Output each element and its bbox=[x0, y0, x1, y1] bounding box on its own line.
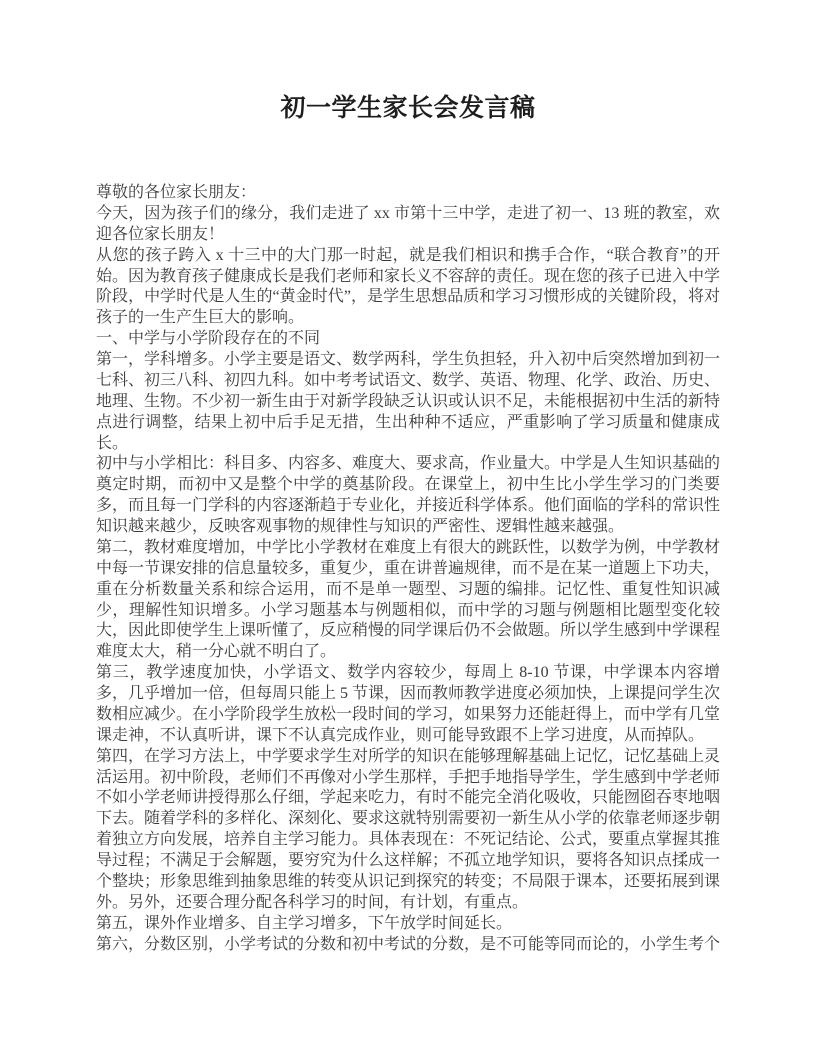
paragraph-welcome: 今天，因为孩子们的缘分，我们走进了 xx 市第十三中学，走进了初一、13 班的教… bbox=[96, 204, 720, 246]
paragraph-fifth-homework: 第五，课外作业增多、自主学习增多，下午放学时间延长。 bbox=[96, 914, 720, 935]
paragraph-middle-vs-primary: 初中与小学相比：科目多、内容多、难度大、要求高，作业量大。中学是人生知识基础的奠… bbox=[96, 454, 720, 538]
paragraph-joint-education: 从您的孩子跨入 x 十三中的大门那一时起，就是我们相识和携手合作，“联合教育”的… bbox=[96, 246, 720, 330]
paragraph-first-more-subjects: 第一，学科增多。小学主要是语文、数学两科，学生负担轻，升入初中后突然增加到初一七… bbox=[96, 350, 720, 454]
paragraph-third-pace: 第三，教学速度加快，小学语文、数学内容较少，每周上 8-10 节课，中学课本内容… bbox=[96, 663, 720, 747]
document-title: 初一学生家长会发言稿 bbox=[96, 94, 720, 124]
paragraph-sixth-scores: 第六，分数区别，小学考试的分数和初中考试的分数，是不可能等同而论的，小学生考个 bbox=[96, 935, 720, 956]
section-heading-differences: 一、中学与小学阶段存在的不同 bbox=[96, 329, 720, 350]
document-body: 尊敬的各位家长朋友： 今天，因为孩子们的缘分，我们走进了 xx 市第十三中学，走… bbox=[96, 183, 720, 955]
document-content: 初一学生家长会发言稿 尊敬的各位家长朋友： 今天，因为孩子们的缘分，我们走进了 … bbox=[96, 94, 720, 955]
paragraph-second-difficulty: 第二，教材难度增加，中学比小学教材在难度上有很大的跳跃性，以数学为例，中学教材中… bbox=[96, 538, 720, 663]
document-page: 初一学生家长会发言稿 尊敬的各位家长朋友： 今天，因为孩子们的缘分，我们走进了 … bbox=[0, 0, 816, 1056]
paragraph-salutation: 尊敬的各位家长朋友： bbox=[96, 183, 720, 204]
paragraph-fourth-methods: 第四，在学习方法上，中学要求学生对所学的知识在能够理解基础上记忆，记忆基础上灵活… bbox=[96, 747, 720, 914]
